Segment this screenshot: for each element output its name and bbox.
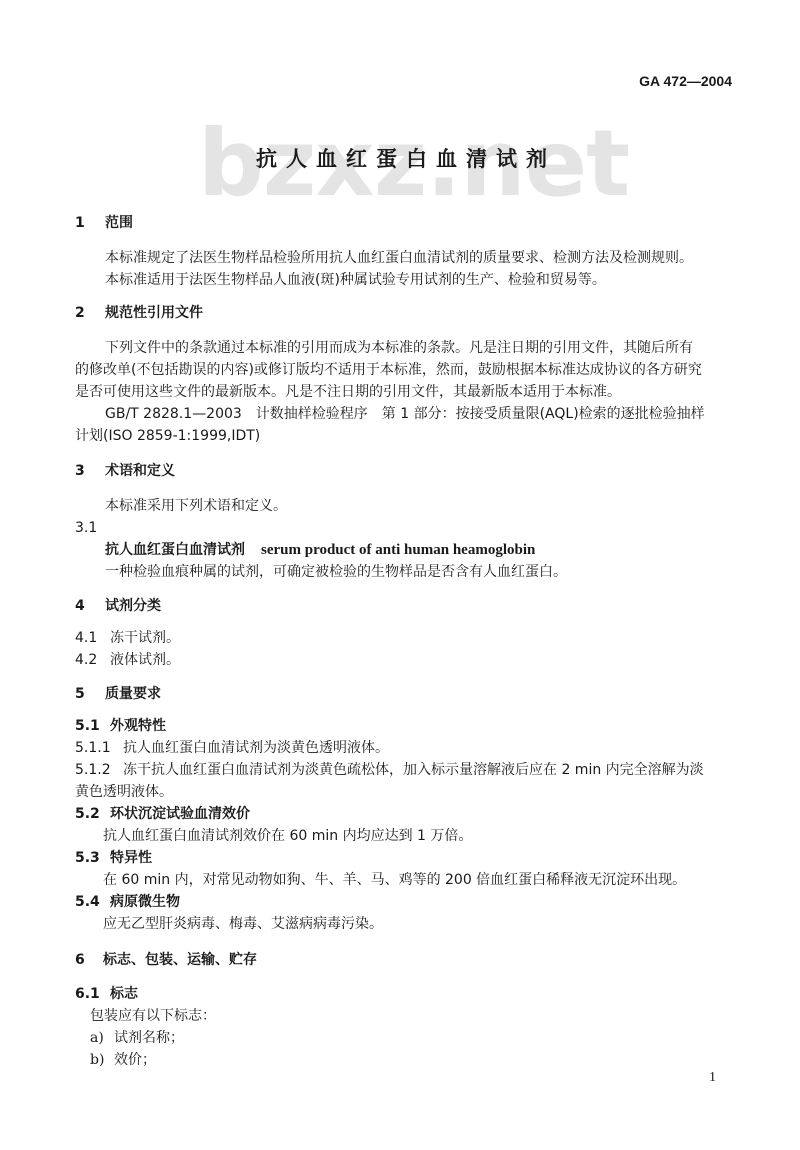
term-heading: 抗人血红蛋白血清试剂serum product of anti human he… [105,540,535,560]
term-chinese: 抗人血红蛋白血清试剂 [105,542,245,558]
section-number: 6 [75,950,103,970]
section-title: 质量要求 [105,686,161,702]
section-2-heading: 2规范性引用文件 [75,303,203,323]
clause-number: 5.3 [75,848,110,868]
clause-5-1-2: 5.1.2冻干抗人血红蛋白血清试剂为淡黄色疏松体，加入标示量溶解液后应在 2 m… [75,760,704,780]
section-number: 1 [75,213,105,233]
section-number: 3 [75,461,105,481]
list-label: b) [90,1050,114,1070]
paragraph-line: 的修改单(不包括勘误的内容)或修订版均不适用于本标准，然而，鼓励根据本标准达成协… [75,360,702,380]
section-number: 2 [75,303,105,323]
section-4-heading: 4试剂分类 [75,596,161,616]
clause-text: 抗人血红蛋白血清试剂为淡黄色透明液体。 [123,740,389,756]
clause-5-1-2-cont: 黄色透明液体。 [75,782,173,802]
clause-5-4-text: 应无乙型肝炎病毒、梅毒、艾滋病病毒污染。 [103,914,383,934]
paragraph: 本标准规定了法医生物样品检验所用抗人血红蛋白血清试剂的质量要求、检测方法及检测规… [105,248,693,268]
clause-number: 5.1 [75,716,110,736]
list-text: 试剂名称； [114,1030,184,1046]
section-title: 试剂分类 [105,598,161,614]
clause-number: 4.1 [75,628,110,648]
paragraph: 本标准适用于法医生物样品人血液(斑)种属试验专用试剂的生产、检验和贸易等。 [105,270,606,290]
list-label: a) [90,1028,114,1048]
clause-4-2: 4.2液体试剂。 [75,650,180,670]
clause-text: 液体试剂。 [110,652,180,668]
section-title: 标志、包装、运输、贮存 [103,952,257,968]
clause-number: 6.1 [75,984,110,1004]
standard-number: GA 472—2004 [639,73,732,89]
section-title: 术语和定义 [105,463,175,479]
term-english: serum product of anti human heamoglobin [261,542,535,558]
list-item-a: a)试剂名称； [90,1028,184,1048]
list-text: 效价； [114,1052,156,1068]
clause-number: 5.4 [75,892,110,912]
section-3-heading: 3术语和定义 [75,461,175,481]
normative-reference: GB/T 2828.1—2003 计数抽样检验程序 第 1 部分：按接受质量限(… [105,404,705,424]
clause-text: 冻干试剂。 [110,630,180,646]
page-number: 1 [709,1070,716,1086]
clause-title: 外观特性 [110,718,166,734]
term-number: 3.1 [75,518,97,538]
paragraph-line: 是否可使用这些文件的最新版本。凡是不注日期的引用文件，其最新版本适用于本标准。 [75,382,621,402]
term-definition: 一种检验血痕种属的试剂，可确定被检验的生物样品是否含有人血红蛋白。 [105,562,567,582]
clause-title: 特异性 [110,850,152,866]
clause-5-4-heading: 5.4病原微生物 [75,892,180,912]
section-number: 4 [75,596,105,616]
clause-6-1-heading: 6.1标志 [75,984,138,1004]
clause-number: 5.1.2 [75,760,123,780]
paragraph: 本标准采用下列术语和定义。 [105,496,287,516]
list-item-b: b)效价； [90,1050,156,1070]
section-1-heading: 1范围 [75,213,133,233]
clause-5-1-heading: 5.1外观特性 [75,716,166,736]
section-title: 范围 [105,215,133,231]
clause-5-2-heading: 5.2环状沉淀试验血清效价 [75,804,250,824]
clause-number: 5.1.1 [75,738,123,758]
clause-5-2-text: 抗人血红蛋白血清试剂效价在 60 min 内均应达到 1 万倍。 [103,826,472,846]
document-title: 抗人血红蛋白血清试剂 [0,143,800,173]
clause-title: 标志 [110,986,138,1002]
clause-text: 冻干抗人血红蛋白血清试剂为淡黄色疏松体，加入标示量溶解液后应在 2 min 内完… [123,762,704,778]
section-6-heading: 6标志、包装、运输、贮存 [75,950,257,970]
section-5-heading: 5质量要求 [75,684,161,704]
clause-5-1-1: 5.1.1抗人血红蛋白血清试剂为淡黄色透明液体。 [75,738,389,758]
clause-6-1-intro: 包装应有以下标志： [90,1006,216,1026]
document-page: GA 472—2004 bzxz.net 抗人血红蛋白血清试剂 1范围 本标准规… [0,0,800,1150]
clause-5-3-text: 在 60 min 内，对常见动物如狗、牛、羊、马、鸡等的 200 倍血红蛋白稀释… [103,870,686,890]
clause-4-1: 4.1冻干试剂。 [75,628,180,648]
clause-number: 5.2 [75,804,110,824]
clause-5-3-heading: 5.3特异性 [75,848,152,868]
clause-title: 病原微生物 [110,894,180,910]
paragraph-line: 下列文件中的条款通过本标准的引用而成为本标准的条款。凡是注日期的引用文件，其随后… [105,338,693,358]
clause-number: 4.2 [75,650,110,670]
section-title: 规范性引用文件 [105,305,203,321]
normative-reference-cont: 计划(ISO 2859-1:1999,IDT) [75,426,260,446]
section-number: 5 [75,684,105,704]
clause-title: 环状沉淀试验血清效价 [110,806,250,822]
